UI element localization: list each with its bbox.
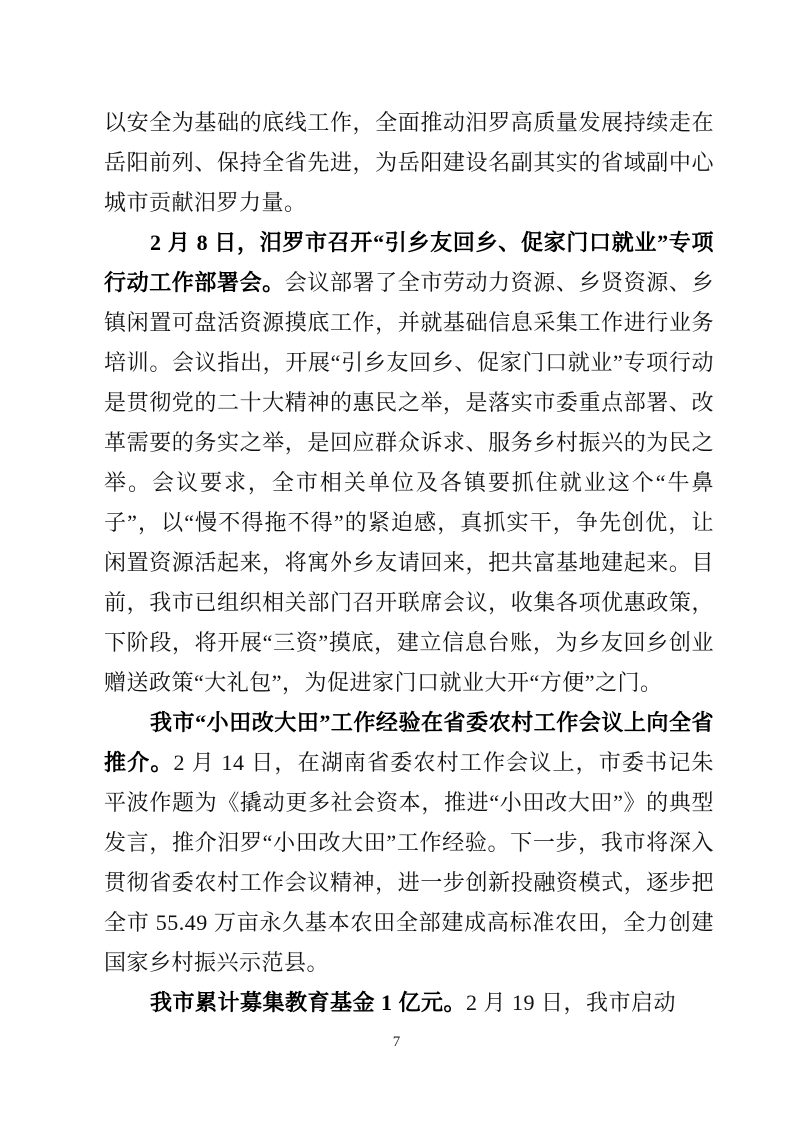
body-text: 会议部署了全市劳动力资源、乡贤资源、乡镇闲置可盘活资源摸底工作，并就基础信息采集… [104, 270, 714, 695]
paragraph: 我市“小田改大田”工作经验在省委农村工作会议上向全省推介。2 月 14 日，在湖… [104, 703, 714, 983]
page-footer: 7 [0, 1032, 793, 1052]
body-text: 以安全为基础的底线工作，全面推动汨罗高质量发展持续走在岳阳前列、保持全省先进，为… [104, 110, 714, 215]
page-number: 7 [393, 1034, 401, 1050]
paragraph: 2 月 8 日，汨罗市召开“引乡友回乡、促家门口就业”专项行动工作部署会。会议部… [104, 223, 714, 703]
paragraph: 我市累计募集教育基金 1 亿元。2 月 19 日，我市启动 [104, 983, 714, 1023]
body-text: 2 月 14 日，在湖南省委农村工作会议上，市委书记朱平波作题为《撬动更多社会资… [104, 750, 714, 975]
paragraph: 以安全为基础的底线工作，全面推动汨罗高质量发展持续走在岳阳前列、保持全省先进，为… [104, 103, 714, 223]
document-page: 以安全为基础的底线工作，全面推动汨罗高质量发展持续走在岳阳前列、保持全省先进，为… [0, 0, 793, 1122]
body-text: 2 月 19 日，我市启动 [466, 990, 676, 1015]
document-body: 以安全为基础的底线工作，全面推动汨罗高质量发展持续走在岳阳前列、保持全省先进，为… [104, 103, 714, 1023]
emphasis-text: 我市累计募集教育基金 1 亿元。 [150, 990, 466, 1015]
